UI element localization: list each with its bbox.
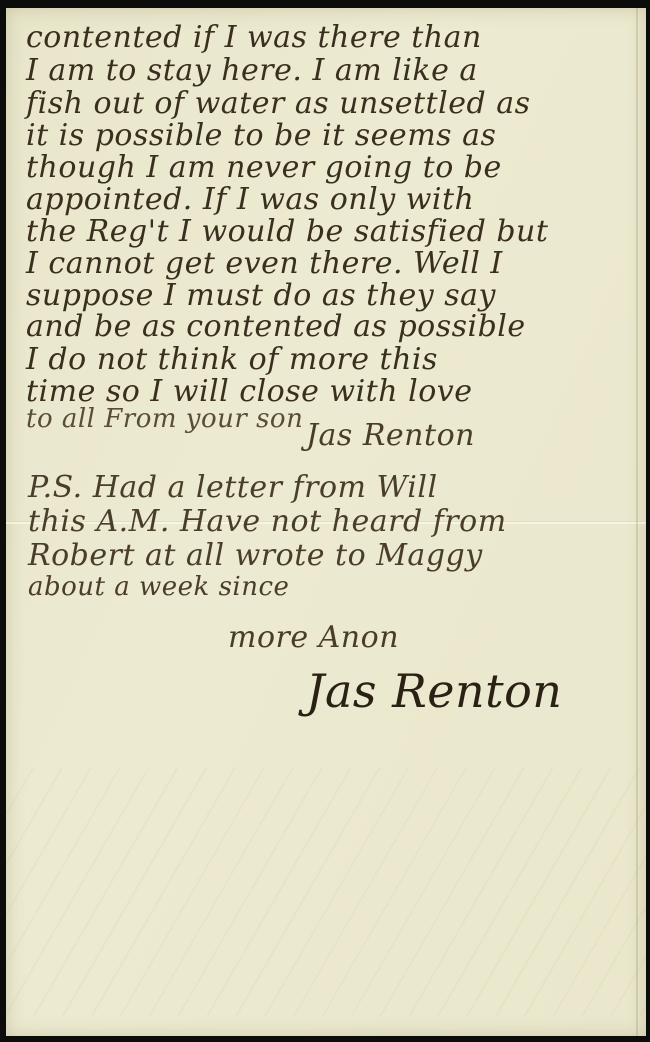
letter-line: contented if I was there than: [26, 20, 482, 55]
letter-line: fish out of water as unsettled as: [26, 86, 530, 121]
letter-line: I am to stay here. I am like a: [26, 53, 478, 88]
letter-line: though I am never going to be: [26, 150, 502, 185]
postscript-line: P.S. Had a letter from Will: [28, 470, 438, 505]
letter-line: appointed. If I was only with: [26, 182, 474, 217]
postscript-line: this A.M. Have not heard from: [28, 504, 507, 539]
scanned-letter-page: contented if I was there than I am to st…: [0, 0, 650, 1042]
letter-line: and be as contented as possible: [26, 309, 526, 344]
closing-signature: Jas Renton: [306, 418, 475, 453]
letter-line: suppose I must do as they say: [26, 278, 496, 313]
letter-line: it is possible to be it seems as: [26, 118, 496, 153]
letter-line: to all From your son: [26, 404, 303, 434]
postscript-line: about a week since: [28, 572, 289, 602]
postscript-line: Robert at all wrote to Maggy: [28, 538, 483, 573]
final-signature: Jas Renton: [306, 664, 562, 718]
letter-line: the Reg't I would be satisfied but: [26, 214, 548, 249]
letter-line: I cannot get even there. Well I: [26, 246, 503, 281]
letter-line: I do not think of more this: [26, 342, 438, 377]
paper-sheet: contented if I was there than I am to st…: [6, 8, 646, 1036]
ink-bleed-through: [6, 768, 646, 1016]
postscript-closing: more Anon: [228, 620, 399, 655]
